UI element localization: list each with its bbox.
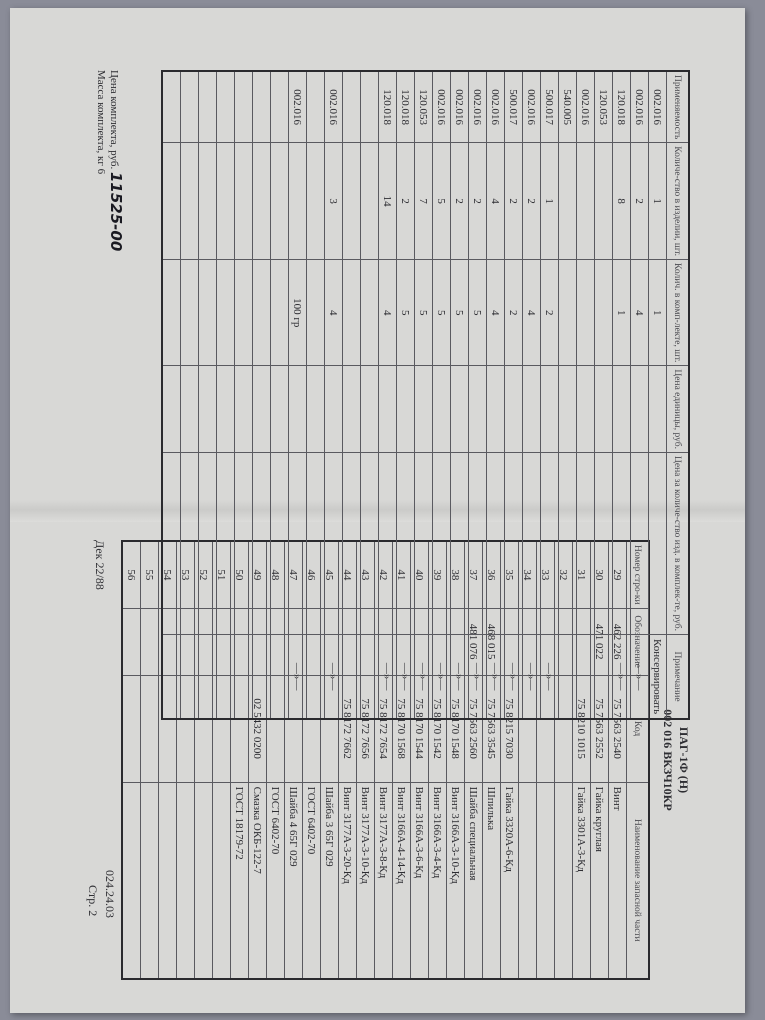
part-name <box>195 782 213 979</box>
qty-in-kit <box>559 260 577 366</box>
qty-in-kit <box>271 260 289 366</box>
qty-in-product: 5 <box>433 143 451 260</box>
kit-summary: Цена комплекта, руб. 11525-00 Масса комп… <box>94 70 122 251</box>
kit-price <box>199 453 217 635</box>
qty-in-kit: 4 <box>325 260 343 366</box>
unit-price <box>523 366 541 453</box>
kit-price-value: 11525-00 <box>107 172 125 251</box>
table-row: 120.01881—»— <box>613 71 631 719</box>
qty-in-product <box>181 143 199 260</box>
qty-in-product <box>217 143 235 260</box>
applicability <box>199 71 217 143</box>
unit-price <box>469 366 487 453</box>
table-row: 55 <box>141 541 159 979</box>
table-row: 002.01644—»— <box>487 71 505 719</box>
table-row: 002.01624—»— <box>631 71 649 719</box>
kit-price <box>631 453 649 635</box>
unit-price <box>487 366 505 453</box>
note <box>361 635 379 720</box>
unit-price <box>181 366 199 453</box>
part-name: Винт 3177А-3-10-Кд <box>357 782 375 979</box>
part-name: ГОСТ 6402-70 <box>267 782 285 979</box>
footer-page-number: Стр. 2 <box>85 885 100 916</box>
qty-in-product: 14 <box>379 143 397 260</box>
kit-price <box>505 453 523 635</box>
table-row: 002.01634—»— <box>325 71 343 719</box>
part-name <box>159 782 177 979</box>
table-row: 002.01625—»— <box>469 71 487 719</box>
applicability: 120.018 <box>379 71 397 143</box>
kit-price <box>162 453 181 635</box>
qty-in-product: 2 <box>397 143 415 260</box>
table-row: 500.01712—»— <box>541 71 559 719</box>
kit-price <box>307 453 325 635</box>
note <box>343 635 361 720</box>
qty-in-kit: 4 <box>631 260 649 366</box>
qty-in-product: 1 <box>541 143 559 260</box>
kit-price <box>181 453 199 635</box>
qty-in-kit <box>253 260 271 366</box>
note: —»— <box>415 635 433 720</box>
table-row: 120.018144—»— <box>379 71 397 719</box>
qty-in-kit <box>217 260 235 366</box>
table-row: 002.01624—»— <box>523 71 541 719</box>
unit-price <box>199 366 217 453</box>
row-number: 55 <box>141 541 159 608</box>
qty-in-product: 7 <box>415 143 433 260</box>
table-row <box>235 71 253 719</box>
qty-in-kit: 5 <box>469 260 487 366</box>
part-name: Винт 3177А-3-8-Кд <box>375 782 393 979</box>
qty-in-product: 3 <box>325 143 343 260</box>
applicability <box>343 71 361 143</box>
qty-in-product: 2 <box>505 143 523 260</box>
col-kit-price: Цена за количе-ство изд. в комплек-те, р… <box>667 453 690 635</box>
kit-price <box>415 453 433 635</box>
table-row: 500.01722—»— <box>505 71 523 719</box>
qty-in-kit: 5 <box>433 260 451 366</box>
note <box>235 635 253 720</box>
applicability-table: Применяемость Количе-ство в изделии, шт.… <box>161 70 690 720</box>
applicability <box>235 71 253 143</box>
table-row <box>181 71 199 719</box>
qty-in-kit <box>595 260 613 366</box>
qty-in-product <box>271 143 289 260</box>
applicability: 120.053 <box>415 71 433 143</box>
note <box>217 635 235 720</box>
qty-in-kit <box>577 260 595 366</box>
unit-price <box>577 366 595 453</box>
applicability: 002.016 <box>487 71 505 143</box>
qty-in-kit <box>199 260 217 366</box>
qty-in-kit: 1 <box>649 260 667 366</box>
note: —»— <box>541 635 559 720</box>
table-row <box>199 71 217 719</box>
kit-price <box>235 453 253 635</box>
part-name <box>537 782 555 979</box>
footer-doc-number: 024.24.03 <box>102 870 117 918</box>
designation <box>122 608 141 675</box>
unit-price <box>307 366 325 453</box>
col-part-name: Наименование запасной части <box>627 782 650 979</box>
note: —»— <box>631 635 649 720</box>
unit-price <box>325 366 343 453</box>
code <box>141 675 159 782</box>
table-row: 002.016 <box>577 71 595 719</box>
part-name: Винт 3166А-4-14-Кд <box>393 782 411 979</box>
qty-in-kit: 4 <box>523 260 541 366</box>
applicability <box>217 71 235 143</box>
kit-price <box>577 453 595 635</box>
part-name: Смазка ОКБ-122-7 <box>249 782 267 979</box>
qty-in-product <box>235 143 253 260</box>
part-name: Шпилька <box>483 782 501 979</box>
kit-price <box>523 453 541 635</box>
note: —»— <box>433 635 451 720</box>
unit-price <box>433 366 451 453</box>
table-row <box>162 71 181 719</box>
kit-price <box>361 453 379 635</box>
note: —»— <box>469 635 487 720</box>
col-unit-price: Цена единицы, руб. <box>667 366 690 453</box>
note <box>271 635 289 720</box>
kit-price <box>397 453 415 635</box>
applicability: 500.017 <box>541 71 559 143</box>
col-qty-in-product: Количе-ство в изделии, шт. <box>667 143 690 260</box>
applicability: 002.016 <box>289 71 307 143</box>
applicability <box>181 71 199 143</box>
footer-dek: Дек 22/88 <box>92 540 107 590</box>
kit-price-label: Цена комплекта, руб. <box>108 70 120 169</box>
row-number: 56 <box>122 541 141 608</box>
applicability: 002.016 <box>433 71 451 143</box>
col-note: Примечание <box>667 635 690 720</box>
qty-in-kit: 4 <box>487 260 505 366</box>
applicability <box>271 71 289 143</box>
note: —»— <box>505 635 523 720</box>
note: Консервировать <box>649 635 667 720</box>
applicability: 002.016 <box>577 71 595 143</box>
right-page: Применяемость Количе-ство в изделии, шт.… <box>70 70 690 490</box>
table-row <box>307 71 325 719</box>
part-name: Гайка 3320А-6-Кд <box>501 782 519 979</box>
part-name: Шайба 4 65Г 029 <box>285 782 303 979</box>
unit-price <box>415 366 433 453</box>
unit-price <box>343 366 361 453</box>
qty-in-product <box>307 143 325 260</box>
qty-in-product: 2 <box>451 143 469 260</box>
kit-mass-value: 6 <box>95 169 107 175</box>
part-name <box>213 782 231 979</box>
kit-price <box>469 453 487 635</box>
qty-in-product: 4 <box>487 143 505 260</box>
note: —»— <box>523 635 541 720</box>
kit-price <box>487 453 505 635</box>
table-row: 002.01611Консервировать <box>649 71 667 719</box>
part-name: Винт 3166А-3-4-Кд <box>429 782 447 979</box>
table-row: 56 <box>122 541 141 979</box>
note <box>577 635 595 720</box>
part-name: Винт 3177А-3-20-Кд <box>339 782 357 979</box>
qty-in-kit <box>235 260 253 366</box>
qty-in-product <box>162 143 181 260</box>
unit-price <box>613 366 631 453</box>
qty-in-kit <box>162 260 181 366</box>
table-header: Применяемость Количе-ство в изделии, шт.… <box>667 71 690 719</box>
unit-price <box>379 366 397 453</box>
applicability: 500.017 <box>505 71 523 143</box>
qty-in-kit: 1 <box>613 260 631 366</box>
unit-price <box>631 366 649 453</box>
applicability <box>253 71 271 143</box>
qty-in-product <box>559 143 577 260</box>
qty-in-product <box>595 143 613 260</box>
kit-price <box>595 453 613 635</box>
qty-in-product: 8 <box>613 143 631 260</box>
kit-price <box>343 453 361 635</box>
unit-price <box>235 366 253 453</box>
qty-in-kit <box>181 260 199 366</box>
qty-in-product <box>361 143 379 260</box>
qty-in-kit <box>343 260 361 366</box>
unit-price <box>289 366 307 453</box>
applicability: 002.016 <box>469 71 487 143</box>
note <box>307 635 325 720</box>
table-row <box>271 71 289 719</box>
kit-price <box>271 453 289 635</box>
kit-price <box>649 453 667 635</box>
qty-in-product <box>289 143 307 260</box>
part-name <box>141 782 159 979</box>
table-row: 120.053 <box>595 71 613 719</box>
col-qty-in-kit: Колич. в комп-лекте, шт. <box>667 260 690 366</box>
table-row: 540.005 <box>559 71 577 719</box>
qty-in-kit: 5 <box>397 260 415 366</box>
part-name <box>177 782 195 979</box>
unit-price <box>595 366 613 453</box>
kit-price <box>613 453 631 635</box>
qty-in-kit: 2 <box>541 260 559 366</box>
qty-in-product: 2 <box>469 143 487 260</box>
applicability: 540.005 <box>559 71 577 143</box>
kit-price <box>559 453 577 635</box>
qty-in-kit: 5 <box>451 260 469 366</box>
designation <box>141 608 159 675</box>
table-row: 002.01625—»— <box>451 71 469 719</box>
qty-in-kit: 5 <box>415 260 433 366</box>
part-name: Шайба специальная <box>465 782 483 979</box>
part-name: Винт 3166А-3-10-Кд <box>447 782 465 979</box>
part-name: Гайка круглая <box>591 782 609 979</box>
note: —»— <box>325 635 343 720</box>
kit-price <box>433 453 451 635</box>
note: —»— <box>487 635 505 720</box>
part-name: ГОСТ 6402-70 <box>303 782 321 979</box>
table-row: 120.05375—»— <box>415 71 433 719</box>
qty-in-product <box>199 143 217 260</box>
qty-in-kit: 4 <box>379 260 397 366</box>
applicability <box>162 71 181 143</box>
part-name: ГОСТ 18179-72 <box>231 782 249 979</box>
qty-in-product: 2 <box>631 143 649 260</box>
kit-price <box>253 453 271 635</box>
part-name <box>555 782 573 979</box>
note: —»— <box>379 635 397 720</box>
note <box>181 635 199 720</box>
kit-price <box>217 453 235 635</box>
qty-in-product: 1 <box>649 143 667 260</box>
unit-price <box>559 366 577 453</box>
applicability: 002.016 <box>451 71 469 143</box>
unit-price <box>397 366 415 453</box>
note: —»— <box>397 635 415 720</box>
qty-in-kit: 100 гр <box>289 260 307 366</box>
note: —»— <box>289 635 307 720</box>
table-row: 002.016100 гр—»— <box>289 71 307 719</box>
table-row <box>253 71 271 719</box>
code <box>122 675 141 782</box>
unit-price <box>162 366 181 453</box>
applicability: 120.053 <box>595 71 613 143</box>
kit-price <box>289 453 307 635</box>
kit-mass-label: Масса комплекта, кг <box>95 70 107 166</box>
table-row: 002.01655—»— <box>433 71 451 719</box>
unit-price <box>217 366 235 453</box>
kit-price <box>541 453 559 635</box>
note <box>559 635 577 720</box>
applicability <box>361 71 379 143</box>
part-name: Винт <box>609 782 627 979</box>
unit-price <box>541 366 559 453</box>
note: —»— <box>613 635 631 720</box>
note <box>199 635 217 720</box>
applicability: 120.018 <box>613 71 631 143</box>
unit-price <box>253 366 271 453</box>
applicability: 002.016 <box>649 71 667 143</box>
col-applicability: Применяемость <box>667 71 690 143</box>
qty-in-kit: 2 <box>505 260 523 366</box>
applicability: 002.016 <box>631 71 649 143</box>
kit-price <box>379 453 397 635</box>
qty-in-product <box>577 143 595 260</box>
note <box>595 635 613 720</box>
part-name: Винт 3166А-3-6-Кд <box>411 782 429 979</box>
kit-price <box>451 453 469 635</box>
applicability: 002.016 <box>523 71 541 143</box>
unit-price <box>505 366 523 453</box>
applicability <box>307 71 325 143</box>
table-row <box>343 71 361 719</box>
qty-in-product <box>253 143 271 260</box>
part-name <box>122 782 141 979</box>
part-name: Шайба 3 65Г 029 <box>321 782 339 979</box>
note: —»— <box>451 635 469 720</box>
qty-in-product: 2 <box>523 143 541 260</box>
unit-price <box>271 366 289 453</box>
unit-price <box>649 366 667 453</box>
note <box>162 635 181 720</box>
unit-price <box>361 366 379 453</box>
kit-price <box>325 453 343 635</box>
qty-in-product <box>343 143 361 260</box>
note <box>253 635 271 720</box>
table-row <box>217 71 235 719</box>
unit-price <box>451 366 469 453</box>
table-row <box>361 71 379 719</box>
qty-in-kit <box>361 260 379 366</box>
applicability: 002.016 <box>325 71 343 143</box>
table-row: 120.01825—»— <box>397 71 415 719</box>
qty-in-kit <box>307 260 325 366</box>
applicability: 120.018 <box>397 71 415 143</box>
part-name <box>519 782 537 979</box>
part-name: Гайка 3301А-3-Кд <box>573 782 591 979</box>
